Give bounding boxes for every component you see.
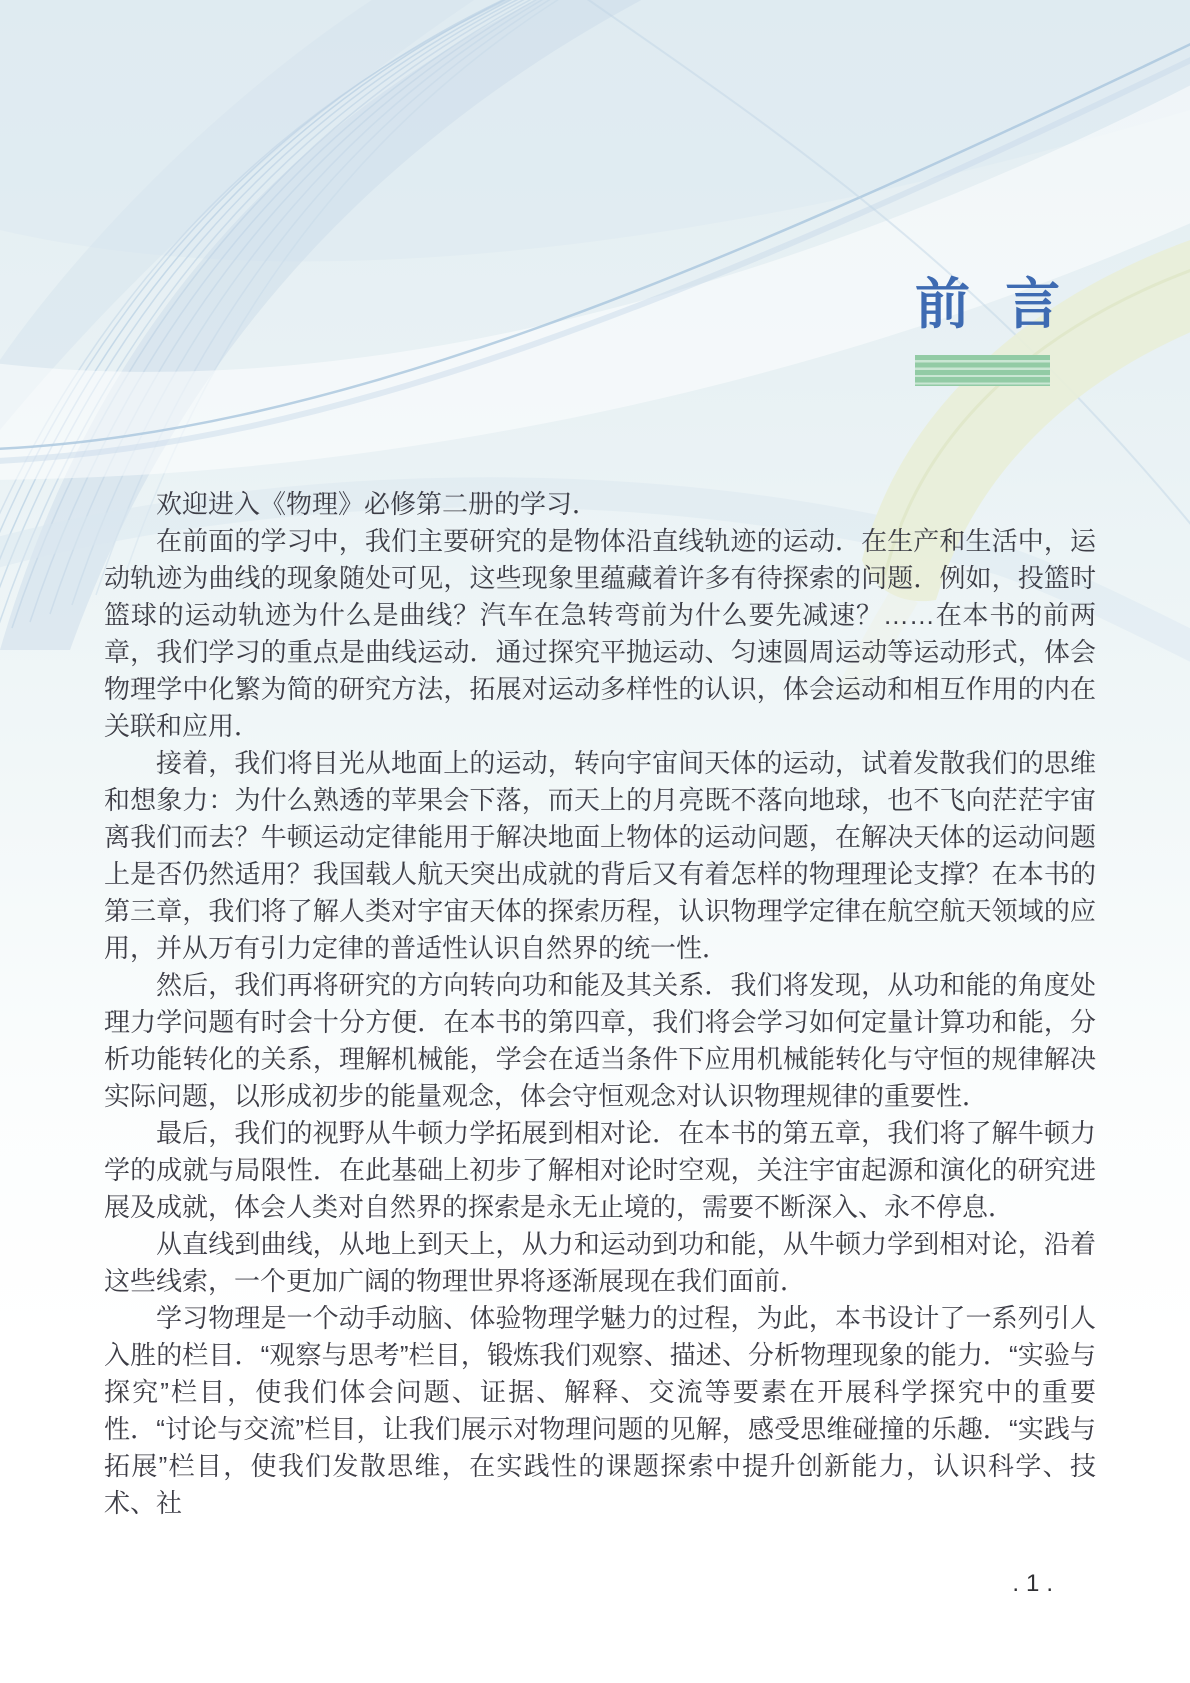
paragraph: 接着，我们将目光从地面上的运动，转向宇宙间天体的运动，试着发散我们的思维和想象力… (104, 745, 1096, 967)
page-title: 前 言 (915, 270, 1062, 339)
paragraph: 欢迎进入《物理》必修第二册的学习． (104, 486, 1096, 523)
title-underline-decoration (915, 355, 1050, 386)
paragraph: 学习物理是一个动手动脑、体验物理学魅力的过程，为此，本书设计了一系列引人入胜的栏… (104, 1300, 1096, 1522)
title-block: 前 言 (915, 270, 1062, 386)
paragraph: 最后，我们的视野从牛顿力学拓展到相对论．在本书的第五章，我们将了解牛顿力学的成就… (104, 1115, 1096, 1226)
paragraph: 在前面的学习中，我们主要研究的是物体沿直线轨迹的运动．在生产和生活中，运动轨迹为… (104, 523, 1096, 745)
paragraph: 然后，我们再将研究的方向转向功和能及其关系．我们将发现，从功和能的角度处理力学问… (104, 967, 1096, 1115)
page-number: .1. (0, 1570, 1190, 1598)
paragraph: 从直线到曲线，从地上到天上，从力和运动到功和能，从牛顿力学到相对论，沿着这些线索… (104, 1226, 1096, 1300)
preface-text: 欢迎进入《物理》必修第二册的学习． 在前面的学习中，我们主要研究的是物体沿直线轨… (104, 486, 1096, 1522)
preface-page: 前 言 欢迎进入《物理》必修第二册的学习． 在前面的学习中，我们主要研究的是物体… (0, 0, 1190, 1683)
